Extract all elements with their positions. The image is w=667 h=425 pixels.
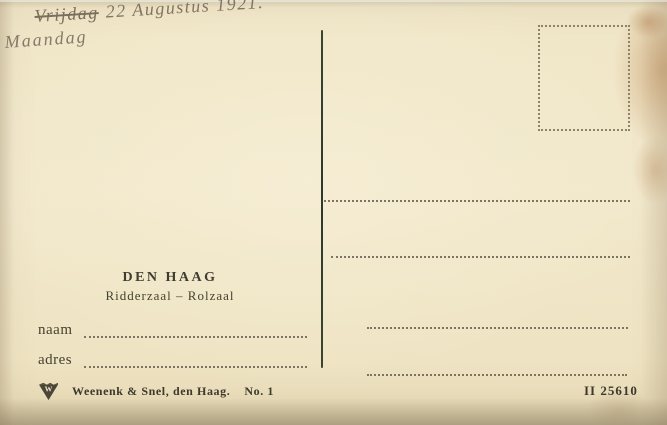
publisher-text: Weenenk & Snel, den Haag.No. 1 xyxy=(72,384,274,399)
name-dotted-line xyxy=(84,336,307,338)
caption-block: DEN HAAG Ridderzaal – Rolzaal xyxy=(55,270,285,304)
handwritten-date-text: 22 Augustus 1921. xyxy=(105,0,265,22)
postcard-back: Vrijdag22 Augustus 1921. Maandag DEN HAA… xyxy=(0,0,667,425)
svg-text:W: W xyxy=(45,384,53,393)
publisher-name: Weenenk & Snel, den Haag. xyxy=(72,384,230,398)
address-dotted-line xyxy=(367,327,628,329)
weenenk-snel-monogram-icon: W xyxy=(38,382,59,401)
address-dotted-line-left xyxy=(84,366,307,368)
center-divider-line xyxy=(321,30,323,368)
publisher-imprint: W Weenenk & Snel, den Haag.No. 1 xyxy=(38,381,274,401)
address-dotted-line xyxy=(331,256,630,258)
address-dotted-line xyxy=(367,374,627,376)
address-dotted-line xyxy=(324,200,630,202)
caption-city: DEN HAAG xyxy=(55,270,285,286)
handwritten-struck-word: Vrijdag xyxy=(34,2,99,26)
handwritten-day-line: Maandag xyxy=(4,26,88,53)
serial-number: II 25610 xyxy=(584,383,638,399)
card-number: No. 1 xyxy=(244,384,274,398)
handwritten-date-line: Vrijdag22 Augustus 1921. xyxy=(34,0,335,27)
stamp-box xyxy=(538,25,630,131)
caption-subtitle: Ridderzaal – Rolzaal xyxy=(55,288,285,304)
address-label: adres xyxy=(38,352,72,369)
name-label: naam xyxy=(38,322,72,339)
